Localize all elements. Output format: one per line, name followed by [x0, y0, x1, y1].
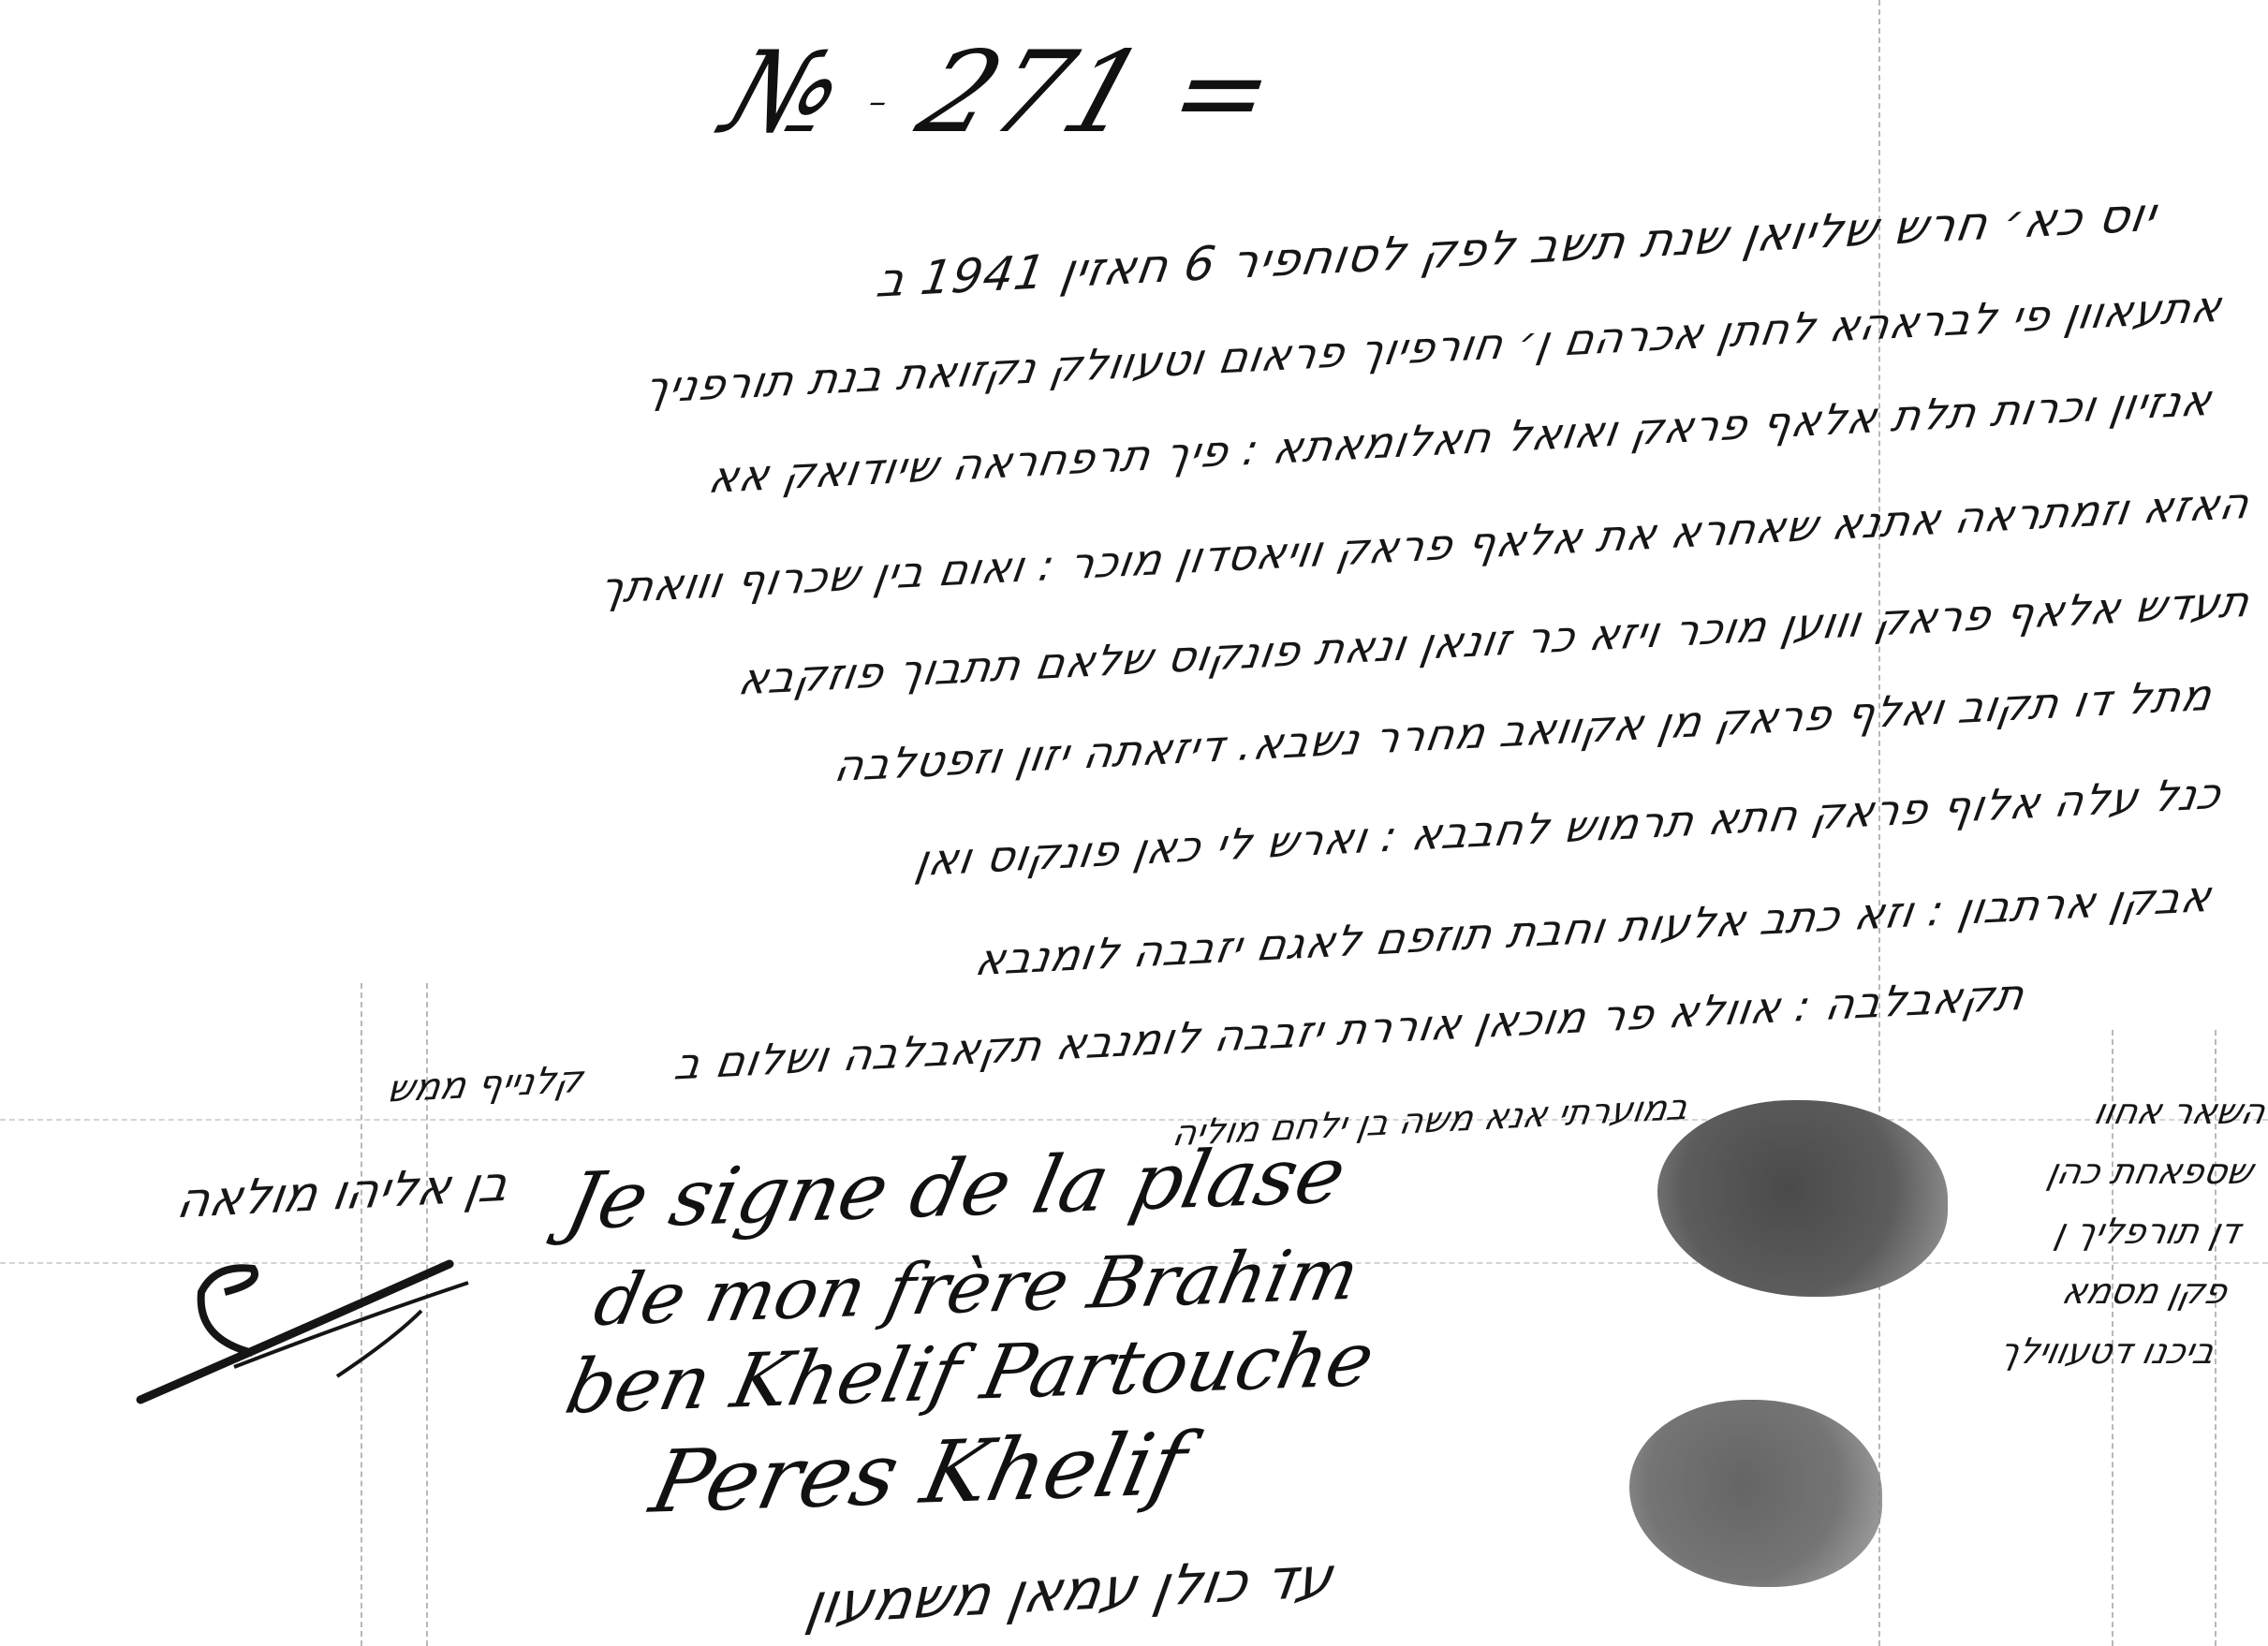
body-line-8: תקאבלבה : אוולא פר מוכאן אוררת יזבבה לומ… [671, 969, 2029, 1090]
number-suffix: = [1154, 28, 1290, 158]
date-line: יוס כא׳ חרש שליואן שנת תשב לפק לסוחפיר 6… [873, 187, 2160, 308]
right-margin-notes: השאר אחוו שספאחת כהן דן תורפליך ן פקן מס… [1994, 1081, 2268, 1381]
french-line-1: Je signe de la plase [558, 1129, 1353, 1248]
ink-stamp-top [1657, 1100, 1948, 1297]
margin-note-5: ביכנו דטעווילך [1994, 1321, 2220, 1381]
signature-flourish [112, 1227, 506, 1414]
number-label: № [709, 28, 858, 158]
margin-note-1: השאר אחוו [2045, 1081, 2268, 1141]
paper-rule-horizontal [0, 1119, 2268, 1121]
ink-stamp-bottom [1629, 1400, 1882, 1587]
margin-note-3: דן תורפליך ן [2020, 1201, 2246, 1261]
witness-left-line-2: בן אליהו מולאה [173, 1156, 512, 1229]
body-line-6: כנל עלה אלוף פראק חתא תרמוש לחבבא : וארש… [912, 768, 2225, 886]
witness-left-line-1: קלנייף ממש [384, 1058, 585, 1111]
signature: Peres Khelif [642, 1414, 1195, 1533]
margin-note-2: שספאחת כהן [2032, 1141, 2259, 1201]
margin-note-4: פקן מסמא [2007, 1261, 2233, 1321]
body-line-7: אבקן ארתבון : וזא כתב אלעות וחבת תוזפם ל… [972, 871, 2216, 985]
document-number: № – 271 = [709, 28, 1290, 158]
bottom-witness-line: עד כולן עמאן משמעון [802, 1545, 1337, 1638]
number-value: 271 [904, 28, 1160, 158]
